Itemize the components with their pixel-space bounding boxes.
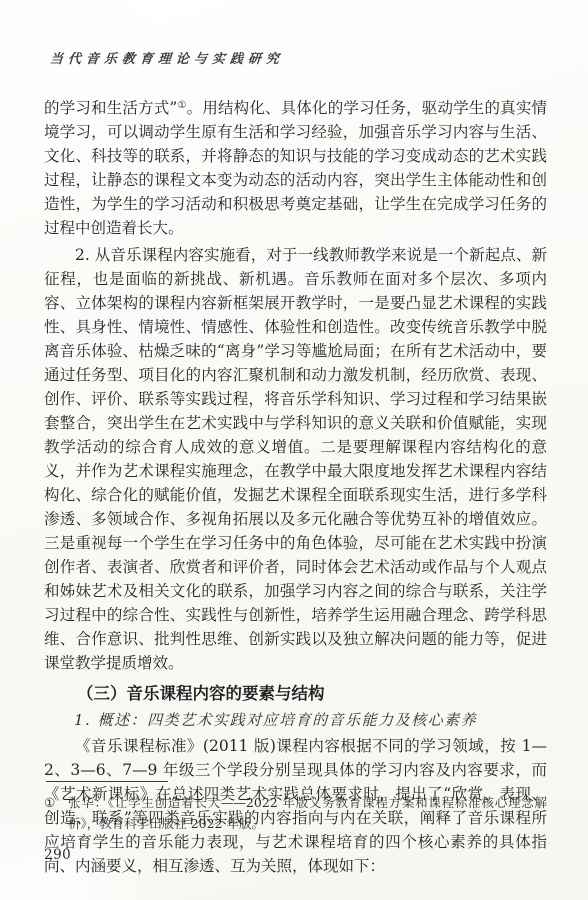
footnote-divider bbox=[46, 781, 168, 782]
footnote-area: ① 张华：《让学生创造着长大——2022 年版义务教育课程方案和课程标准核心理念… bbox=[44, 781, 547, 863]
footnote-marker: ① bbox=[44, 792, 68, 834]
body-text-block: 的学习和生活方式”①。用结构化、具体化的学习任务，驱动学生的真实情境学习，可以调… bbox=[44, 96, 547, 878]
footnote-text: 张华：《让学生创造着长大——2022 年版义务教育课程方案和课程标准核心理念解析… bbox=[68, 792, 547, 834]
paragraph-1: 的学习和生活方式”①。用结构化、具体化的学习任务，驱动学生的真实情境学习，可以调… bbox=[44, 96, 547, 240]
book-page: 当代音乐教育理论与实践研究 的学习和生活方式”①。用结构化、具体化的学习任务，驱… bbox=[0, 0, 588, 900]
footnote-ref-1: ① bbox=[177, 100, 186, 111]
paragraph-1-text-post: 。用结构化、具体化的学习任务，驱动学生的真实情境学习，可以调动学生原有生活和学习… bbox=[44, 99, 547, 237]
paragraph-1-text-pre: 的学习和生活方式” bbox=[44, 99, 177, 117]
page-number: 290 bbox=[44, 847, 547, 863]
section-heading: （三）音乐课程内容的要素与结构 bbox=[44, 681, 547, 706]
footnote-1: ① 张华：《让学生创造着长大——2022 年版义务教育课程方案和课程标准核心理念… bbox=[44, 792, 547, 834]
paragraph-2: 2. 从音乐课程内容实施看，对于一线教师教学来说是一个新起点、新征程，也是面临的… bbox=[44, 243, 547, 675]
running-header: 当代音乐教育理论与实践研究 bbox=[49, 48, 284, 67]
subsection-heading: 1. 概述：四类艺术实践对应培育的音乐能力及核心素养 bbox=[44, 708, 547, 733]
